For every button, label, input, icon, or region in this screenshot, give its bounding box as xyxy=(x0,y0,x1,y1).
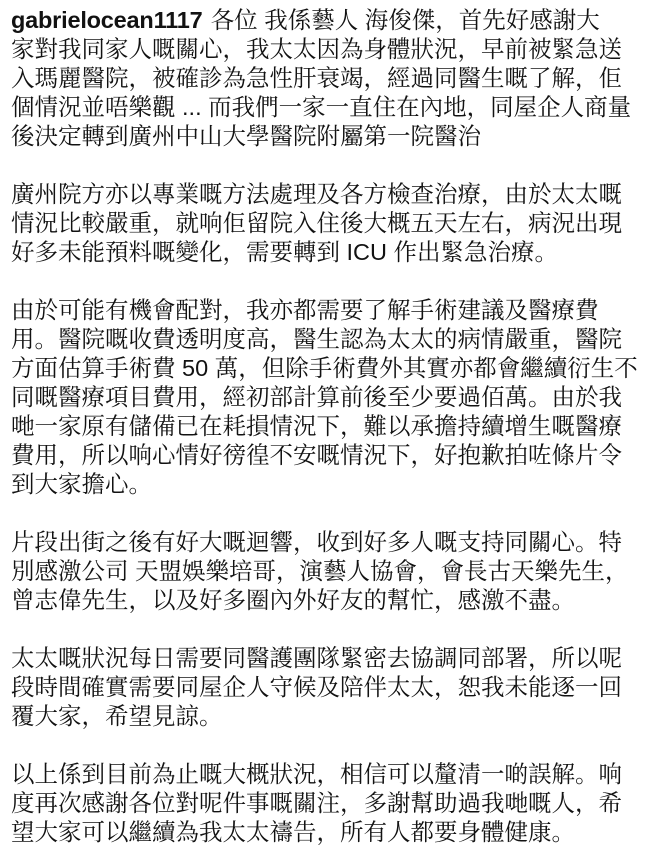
caption-text: 各位 我係藝人 海俊傑，首先好感謝大 xyxy=(211,7,600,33)
caption-line: 用。醫院嘅收費透明度高，醫生認為太太的病情嚴重，醫院 xyxy=(11,325,646,354)
caption-line: 望大家可以繼續為我太太禱告，所有人都要身體健康。 xyxy=(11,818,646,845)
caption-line: 入瑪麗醫院，被確診為急性肝衰竭，經過同醫生嘅了解，佢 xyxy=(11,64,646,93)
caption-line: 哋一家原有儲備已在耗損情況下，難以承擔持續增生嘅醫療 xyxy=(11,412,646,441)
username-link[interactable]: gabrielocean1117 xyxy=(11,7,202,33)
caption-line: 段時間確實需要同屋企人守候及陪伴太太，恕我未能逐一回 xyxy=(11,673,646,702)
caption-paragraph-4: 片段出街之後有好大嘅迴響，收到好多人嘅支持同關心。特 別感激公司 天盟娛樂培哥，… xyxy=(11,528,646,615)
caption-line: 同嘅醫療項目費用，經初部計算前後至少要過佰萬。由於我 xyxy=(11,383,646,412)
caption-paragraph-2: 廣州院方亦以專業嘅方法處理及各方檢查治療，由於太太嘅 情況比較嚴重，就响佢留院入… xyxy=(11,180,646,267)
caption-line: 由於可能有機會配對，我亦都需要了解手術建議及醫療費 xyxy=(11,296,646,325)
caption-line: 度再次感謝各位對呢件事嘅關注，多謝幫助過我哋嘅人，希 xyxy=(11,789,646,818)
caption-line: 太太嘅狀況每日需要同醫護團隊緊密去協調同部署，所以呢 xyxy=(11,644,646,673)
caption-paragraph-3: 由於可能有機會配對，我亦都需要了解手術建議及醫療費 用。醫院嘅收費透明度高，醫生… xyxy=(11,296,646,499)
caption-paragraph-5: 太太嘅狀況每日需要同醫護團隊緊密去協調同部署，所以呢 段時間確實需要同屋企人守候… xyxy=(11,644,646,731)
caption-line: 別感激公司 天盟娛樂培哥，演藝人協會，會長古天樂先生， xyxy=(11,557,646,586)
caption-line: 方面估算手術費 50 萬，但除手術費外其實亦都會繼續衍生不 xyxy=(11,354,646,383)
post-caption: gabrielocean1117各位 我係藝人 海俊傑，首先好感謝大 家對我同家… xyxy=(0,0,650,845)
caption-line: gabrielocean1117各位 我係藝人 海俊傑，首先好感謝大 xyxy=(11,6,646,35)
caption-line: 家對我同家人嘅關心，我太太因為身體狀況，早前被緊急送 xyxy=(11,35,646,64)
caption-line: 以上係到目前為止嘅大概狀況，相信可以釐清一啲誤解。响 xyxy=(11,760,646,789)
caption-line: 個情況並唔樂觀 ... 而我們一家一直住在內地，同屋企人商量 xyxy=(11,93,646,122)
caption-line: 情況比較嚴重，就响佢留院入住後大概五天左右，病況出現 xyxy=(11,209,646,238)
caption-line: 廣州院方亦以專業嘅方法處理及各方檢查治療，由於太太嘅 xyxy=(11,180,646,209)
caption-line: 片段出街之後有好大嘅迴響，收到好多人嘅支持同關心。特 xyxy=(11,528,646,557)
caption-line: 到大家擔心。 xyxy=(11,470,646,499)
caption-line: 好多未能預料嘅變化，需要轉到 ICU 作出緊急治療。 xyxy=(11,238,646,267)
caption-line: 覆大家，希望見諒。 xyxy=(11,702,646,731)
caption-paragraph-1: gabrielocean1117各位 我係藝人 海俊傑，首先好感謝大 家對我同家… xyxy=(11,6,646,151)
caption-paragraph-6: 以上係到目前為止嘅大概狀況，相信可以釐清一啲誤解。响 度再次感謝各位對呢件事嘅關… xyxy=(11,760,646,845)
caption-line: 曾志偉先生，以及好多圈內外好友的幫忙，感激不盡。 xyxy=(11,586,646,615)
caption-line: 費用，所以响心情好徬徨不安嘅情況下，好抱歉拍咗條片令 xyxy=(11,441,646,470)
caption-line: 後決定轉到廣州中山大學醫院附屬第一院醫治 xyxy=(11,122,646,151)
